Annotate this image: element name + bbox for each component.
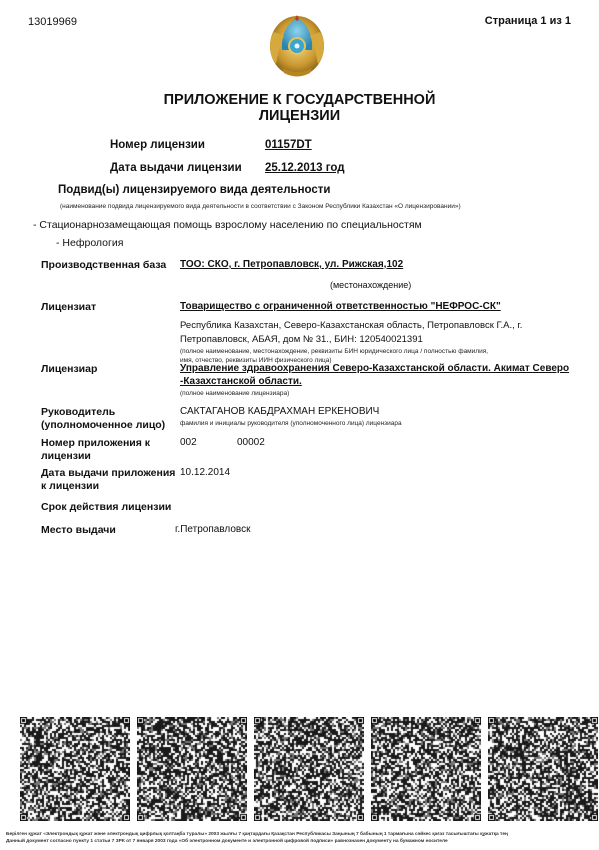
footer-line-kz: Берілген құжат «Электрондық құжат және э… <box>6 831 508 838</box>
subtype-subitem: - Нефрология <box>56 237 123 249</box>
licensee-label: Лицензиат <box>41 301 96 313</box>
appendix-number-label-line-2: лицензии <box>41 450 150 463</box>
subtype-note: (наименование подвида лицензируемого вид… <box>60 203 461 210</box>
head-label-line-1: Руководитель <box>41 406 165 419</box>
qr-code-icon <box>371 717 481 821</box>
place-label: Место выдачи <box>41 524 116 536</box>
validity-label: Срок действия лицензии <box>41 501 171 513</box>
footer-line-ru: Данный документ согласно пункту 1 статьи… <box>6 838 508 845</box>
license-number-label: Номер лицензии <box>110 139 205 151</box>
head-label-line-2: (уполномоченное лицо) <box>41 419 165 432</box>
place-value: г.Петропавловск <box>175 524 250 535</box>
production-base-label: Производственная база <box>41 259 166 271</box>
subtype-heading: Подвид(ы) лицензируемого вида деятельнос… <box>58 184 330 196</box>
appendix-date-label: Дата выдачи приложения к лицензии <box>41 467 175 493</box>
title-line-1: ПРИЛОЖЕНИЕ К ГОСУДАРСТВЕННОЙ <box>0 92 599 108</box>
page-indicator: Страница 1 из 1 <box>485 15 571 27</box>
licensee-note-1: (полное наименование, местонахождение, р… <box>180 348 488 355</box>
appendix-number-value-2: 00002 <box>237 437 265 448</box>
licensor-label: Лицензиар <box>41 363 97 375</box>
production-base-value: ТОО: СКО, г. Петропавловск, ул. Рижская,… <box>180 259 403 270</box>
legal-footer: Берілген құжат «Электрондық құжат және э… <box>6 831 508 845</box>
licensor-note: (полное наименование лицензиара) <box>180 390 289 397</box>
licensee-address-line-1: Республика Казахстан, Северо-Казахстанск… <box>180 320 522 331</box>
document-number: 13019969 <box>28 16 77 28</box>
subtype-item: - Стационарнозамещающая помощь взрослому… <box>33 219 422 231</box>
license-date-label: Дата выдачи лицензии <box>110 162 242 174</box>
appendix-number-label: Номер приложения к лицензии <box>41 437 150 463</box>
appendix-number-value-1: 002 <box>180 437 197 448</box>
appendix-date-label-line-1: Дата выдачи приложения <box>41 467 175 480</box>
production-base-note: (местонахождение) <box>330 280 411 290</box>
licensor-name-line-2: -Казахстанской области. <box>180 376 302 387</box>
appendix-date-value: 10.12.2014 <box>180 467 230 478</box>
qr-code-icon <box>488 717 598 821</box>
qr-code-icon <box>137 717 247 821</box>
title-line-2: ЛИЦЕНЗИИ <box>0 108 599 124</box>
licensee-name: Товарищество с ограниченной ответственно… <box>180 301 501 312</box>
state-emblem-icon <box>262 10 332 82</box>
appendix-number-label-line-1: Номер приложения к <box>41 437 150 450</box>
licensor-name-line-1: Управление здравоохранения Северо-Казахс… <box>180 363 569 374</box>
head-label: Руководитель (уполномоченное лицо) <box>41 406 165 432</box>
license-number-value: 01157DT <box>265 139 312 151</box>
qr-code-icon <box>20 717 130 821</box>
licensee-address-line-2: Петропавловск, АБАЯ, дом № 31., БИН: 120… <box>180 334 423 345</box>
page-title: ПРИЛОЖЕНИЕ К ГОСУДАРСТВЕННОЙ ЛИЦЕНЗИИ <box>0 92 599 124</box>
appendix-date-label-line-2: к лицензии <box>41 480 175 493</box>
qr-code-icon <box>254 717 364 821</box>
license-date-value: 25.12.2013 год <box>265 162 345 174</box>
head-value: САКТАГАНОВ КАБДРАХМАН ЕРКЕНОВИЧ <box>180 406 379 417</box>
head-note: фамилия и инициалы руководителя (уполном… <box>180 420 402 427</box>
